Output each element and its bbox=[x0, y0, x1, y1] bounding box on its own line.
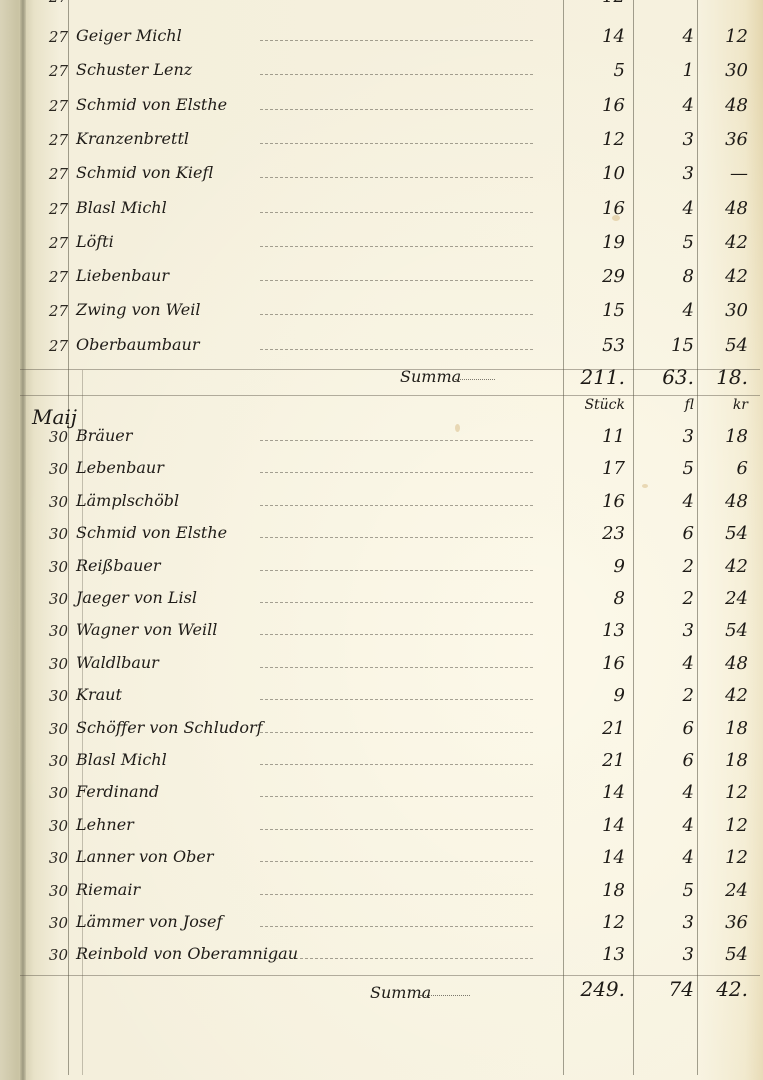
kr-cell: 24 bbox=[700, 588, 748, 609]
stk-cell: 14 bbox=[575, 847, 625, 868]
leader-dashes bbox=[260, 634, 533, 635]
leader-dashes bbox=[260, 177, 533, 178]
kr-cell: 24 bbox=[700, 880, 748, 901]
kr-cell: 42 bbox=[700, 266, 748, 287]
name-cell: Schuster Lenz bbox=[76, 60, 192, 79]
stk-cell: 19 bbox=[575, 232, 625, 253]
kr-cell: 42 bbox=[700, 232, 748, 253]
kr-cell: 48 bbox=[700, 491, 748, 512]
day-cell: 27 bbox=[30, 28, 68, 46]
fl-cell: 3 bbox=[640, 912, 694, 933]
stk-cell: 16 bbox=[575, 95, 625, 116]
leader-dashes bbox=[260, 602, 533, 603]
leader-dashes bbox=[260, 40, 533, 41]
day-cell: 30 bbox=[30, 590, 68, 608]
fl-cell: 4 bbox=[640, 653, 694, 674]
fl-cell: 8 bbox=[640, 266, 694, 287]
leader-dashes bbox=[260, 570, 533, 571]
fl-cell: 4 bbox=[640, 198, 694, 219]
name-cell: Schöffer von Schludorf bbox=[76, 718, 263, 737]
fl-cell: 15 bbox=[640, 335, 694, 356]
day-cell: 30 bbox=[30, 849, 68, 867]
fl-cell: 4 bbox=[640, 26, 694, 47]
ledger-row: 30Bräuer11318 bbox=[0, 420, 763, 454]
kr-cell: 54 bbox=[700, 335, 748, 356]
fl-cell: 5 bbox=[640, 458, 694, 479]
ledger-row: 30Wagner von Weill13354 bbox=[0, 614, 763, 648]
fl-cell: 5 bbox=[640, 232, 694, 253]
stk-cell: 15 bbox=[575, 300, 625, 321]
kr-cell: — bbox=[700, 163, 748, 184]
stk-cell: 10 bbox=[575, 163, 625, 184]
stk-cell: 23 bbox=[575, 523, 625, 544]
ledger-row: 27Schuster Lenz5130 bbox=[0, 54, 763, 88]
day-cell: 30 bbox=[30, 720, 68, 738]
kr-cell: 18 bbox=[700, 718, 748, 739]
stk-cell: 17 bbox=[575, 458, 625, 479]
ledger-row: 30Jaeger von Lisl8224 bbox=[0, 582, 763, 616]
name-cell: Lehner bbox=[76, 815, 134, 834]
ledger-row: 27Löfti19542 bbox=[0, 226, 763, 260]
leader-dashes bbox=[260, 796, 533, 797]
leader-dashes bbox=[260, 732, 533, 733]
total-stk: 211. bbox=[575, 365, 625, 389]
day-cell: 27 bbox=[30, 302, 68, 320]
fl-cell: 4 bbox=[640, 815, 694, 836]
name-cell: Bräuer bbox=[76, 426, 132, 445]
day-cell: 30 bbox=[30, 817, 68, 835]
name-cell: Blasl Michl bbox=[76, 750, 167, 769]
day-cell: 27 bbox=[30, 97, 68, 115]
day-cell: 30 bbox=[30, 882, 68, 900]
ledger-row: 30Lämplschöbl16448 bbox=[0, 485, 763, 519]
name-cell: Lämmer von Josef bbox=[76, 912, 222, 931]
kr-cell: 18 bbox=[700, 750, 748, 771]
fl-cell: 3 bbox=[640, 944, 694, 965]
leader-dashes bbox=[260, 699, 533, 700]
ledger-row: 27Liebenbaur29842 bbox=[0, 260, 763, 294]
name-cell: Lanner von Ober bbox=[76, 847, 214, 866]
leader-dashes bbox=[260, 505, 533, 506]
leader-dashes bbox=[260, 472, 533, 473]
leader-dashes bbox=[260, 349, 533, 350]
kr-cell: 48 bbox=[700, 198, 748, 219]
name-cell: Riemair bbox=[76, 880, 140, 899]
ledger-page: 27 12 27Geiger Michl1441227Schuster Lenz… bbox=[0, 0, 763, 1080]
day-cell: 27 bbox=[30, 0, 68, 6]
ledger-row: 30Schöffer von Schludorf21618 bbox=[0, 712, 763, 746]
day-cell: 27 bbox=[30, 268, 68, 286]
ledger-row: 27Kranzenbrettl12336 bbox=[0, 123, 763, 157]
fl-cell: 3 bbox=[640, 426, 694, 447]
day-cell: 27 bbox=[30, 131, 68, 149]
ledger-row: 30Riemair18524 bbox=[0, 874, 763, 908]
day-cell: 30 bbox=[30, 752, 68, 770]
day-cell: 27 bbox=[30, 165, 68, 183]
ledger-row-partial: 27 12 bbox=[0, 0, 763, 16]
stk-cell: 21 bbox=[575, 750, 625, 771]
total-fl: 63. bbox=[640, 365, 694, 389]
stk-cell: 13 bbox=[575, 620, 625, 641]
kr-cell: 12 bbox=[700, 847, 748, 868]
ledger-row: 27Blasl Michl16448 bbox=[0, 192, 763, 226]
name-cell: Kranzenbrettl bbox=[76, 129, 189, 148]
fl-cell: 3 bbox=[640, 129, 694, 150]
fl-cell: 3 bbox=[640, 620, 694, 641]
name-cell: Reinbold von Oberamnigau bbox=[76, 944, 298, 963]
kr-cell: 6 bbox=[700, 458, 748, 479]
leader-dashes bbox=[260, 667, 533, 668]
kr-cell: 48 bbox=[700, 95, 748, 116]
leader-dashes bbox=[260, 74, 533, 75]
kr-cell: 18 bbox=[700, 426, 748, 447]
day-cell: 27 bbox=[30, 200, 68, 218]
fl-cell: 6 bbox=[640, 750, 694, 771]
summa-label: Summa bbox=[370, 983, 431, 1002]
day-cell: 30 bbox=[30, 558, 68, 576]
day-cell: 30 bbox=[30, 784, 68, 802]
fl-cell: 5 bbox=[640, 880, 694, 901]
name-cell: Liebenbaur bbox=[76, 266, 169, 285]
day-cell: 27 bbox=[30, 337, 68, 355]
ledger-row: 27Zwing von Weil15430 bbox=[0, 294, 763, 328]
header-fl: fl bbox=[640, 397, 694, 413]
stk-cell: 5 bbox=[575, 60, 625, 81]
name-cell: Jaeger von Lisl bbox=[76, 588, 197, 607]
ledger-row: 30Reinbold von Oberamnigau13354 bbox=[0, 938, 763, 972]
day-cell: 27 bbox=[30, 62, 68, 80]
stk-cell: 53 bbox=[575, 335, 625, 356]
total-fl: 74 bbox=[640, 977, 694, 1001]
header-kr: kr bbox=[700, 397, 748, 413]
kr-cell: 54 bbox=[700, 523, 748, 544]
fl-cell: 2 bbox=[640, 588, 694, 609]
fl-cell: 1 bbox=[640, 60, 694, 81]
name-cell: Kraut bbox=[76, 685, 122, 704]
day-cell: 30 bbox=[30, 525, 68, 543]
kr-cell: 30 bbox=[700, 300, 748, 321]
kr-cell: 42 bbox=[700, 685, 748, 706]
ledger-row: 30Lanner von Ober14412 bbox=[0, 841, 763, 875]
ledger-row: 30Ferdinand14412 bbox=[0, 776, 763, 810]
leader-dashes bbox=[260, 894, 533, 895]
ledger-row: 30Lebenbaur1756 bbox=[0, 452, 763, 486]
stk-cell: 16 bbox=[575, 491, 625, 512]
day-cell: 30 bbox=[30, 914, 68, 932]
leader-dashes bbox=[260, 212, 533, 213]
summa-flourish bbox=[455, 379, 495, 380]
leader-dashes bbox=[260, 314, 533, 315]
total-stk: 249. bbox=[575, 977, 625, 1001]
fl-cell: 2 bbox=[640, 685, 694, 706]
stk-cell: 11 bbox=[575, 426, 625, 447]
day-cell: 30 bbox=[30, 493, 68, 511]
name-cell: Schmid von Elsthe bbox=[76, 95, 227, 114]
stk-cell: 14 bbox=[575, 26, 625, 47]
name-cell: Waldlbaur bbox=[76, 653, 159, 672]
ledger-row: 30Waldlbaur16448 bbox=[0, 647, 763, 681]
stk-cell: 21 bbox=[575, 718, 625, 739]
kr-cell: 12 bbox=[700, 815, 748, 836]
leader-dashes bbox=[260, 537, 533, 538]
header-stk: Stück bbox=[575, 397, 625, 413]
summa-row-may: Summa 249. 74 42. bbox=[0, 975, 763, 1009]
fl-cell: 6 bbox=[640, 718, 694, 739]
summa-label: Summa bbox=[400, 367, 461, 386]
name-cell: Wagner von Weill bbox=[76, 620, 217, 639]
day-cell: 27 bbox=[30, 234, 68, 252]
stk-cell: 12 bbox=[575, 129, 625, 150]
ledger-row: 27Schmid von Kiefl103— bbox=[0, 157, 763, 191]
fl-cell: 6 bbox=[640, 523, 694, 544]
ledger-row: 30Reißbauer9242 bbox=[0, 550, 763, 584]
ledger-row: 30Schmid von Elsthe23654 bbox=[0, 517, 763, 551]
kr-cell: 12 bbox=[700, 782, 748, 803]
day-cell: 30 bbox=[30, 460, 68, 478]
name-cell: Schmid von Kiefl bbox=[76, 163, 213, 182]
kr-cell: 36 bbox=[700, 129, 748, 150]
stk-cell: 14 bbox=[575, 782, 625, 803]
name-cell: Oberbaumbaur bbox=[76, 335, 199, 354]
leader-dashes bbox=[260, 440, 533, 441]
stk-cell: 14 bbox=[575, 815, 625, 836]
stk-cell: 8 bbox=[575, 588, 625, 609]
kr-cell: 54 bbox=[700, 620, 748, 641]
fl-cell: 4 bbox=[640, 782, 694, 803]
ledger-row: 30Blasl Michl21618 bbox=[0, 744, 763, 778]
leader-dashes bbox=[260, 764, 533, 765]
total-kr: 18. bbox=[700, 365, 748, 389]
ledger-row: 30Kraut9242 bbox=[0, 679, 763, 713]
stk-cell: 9 bbox=[575, 556, 625, 577]
fl-cell: 4 bbox=[640, 847, 694, 868]
kr-cell: 48 bbox=[700, 653, 748, 674]
kr-cell: 36 bbox=[700, 912, 748, 933]
kr-cell: 42 bbox=[700, 556, 748, 577]
name-cell: Lämplschöbl bbox=[76, 491, 179, 510]
leader-dashes bbox=[260, 143, 533, 144]
ledger-row: 30Lehner14412 bbox=[0, 809, 763, 843]
day-cell: 30 bbox=[30, 622, 68, 640]
summa-flourish bbox=[420, 995, 470, 996]
total-kr: 42. bbox=[700, 977, 748, 1001]
name-cell: Zwing von Weil bbox=[76, 300, 200, 319]
ledger-row: 27Geiger Michl14412 bbox=[0, 20, 763, 54]
leader-dashes bbox=[260, 926, 533, 927]
name-cell: Geiger Michl bbox=[76, 26, 182, 45]
kr-cell: 54 bbox=[700, 944, 748, 965]
stk-cell: 12 bbox=[575, 912, 625, 933]
name-cell: Ferdinand bbox=[76, 782, 159, 801]
fl-cell: 2 bbox=[640, 556, 694, 577]
stk-cell: 16 bbox=[575, 653, 625, 674]
name-cell: Lebenbaur bbox=[76, 458, 164, 477]
leader-dashes bbox=[260, 829, 533, 830]
stk-cell: 9 bbox=[575, 685, 625, 706]
kr-cell: 30 bbox=[700, 60, 748, 81]
name-cell: Reißbauer bbox=[76, 556, 161, 575]
day-cell: 30 bbox=[30, 946, 68, 964]
ledger-row: 30Lämmer von Josef12336 bbox=[0, 906, 763, 940]
day-cell: 30 bbox=[30, 687, 68, 705]
name-cell: Schmid von Elsthe bbox=[76, 523, 227, 542]
name-cell: Löfti bbox=[76, 232, 114, 251]
leader-dashes bbox=[260, 861, 533, 862]
ledger-row: 27Schmid von Elsthe16448 bbox=[0, 89, 763, 123]
leader-dashes bbox=[260, 246, 533, 247]
stk-cell: 29 bbox=[575, 266, 625, 287]
stk-cell: 16 bbox=[575, 198, 625, 219]
fl-cell: 4 bbox=[640, 300, 694, 321]
kr-cell: 12 bbox=[700, 26, 748, 47]
day-cell: 30 bbox=[30, 428, 68, 446]
stk-cell: 12 bbox=[575, 0, 625, 7]
day-cell: 30 bbox=[30, 655, 68, 673]
ledger-row: 27Oberbaumbaur531554 bbox=[0, 329, 763, 363]
name-cell: Blasl Michl bbox=[76, 198, 167, 217]
fl-cell: 4 bbox=[640, 95, 694, 116]
leader-dashes bbox=[260, 109, 533, 110]
leader-dashes bbox=[260, 280, 533, 281]
stk-cell: 18 bbox=[575, 880, 625, 901]
leader-dashes bbox=[260, 958, 533, 959]
stk-cell: 13 bbox=[575, 944, 625, 965]
fl-cell: 4 bbox=[640, 491, 694, 512]
fl-cell: 3 bbox=[640, 163, 694, 184]
summa-row-april: Summa 211. 63. 18. bbox=[0, 363, 763, 397]
